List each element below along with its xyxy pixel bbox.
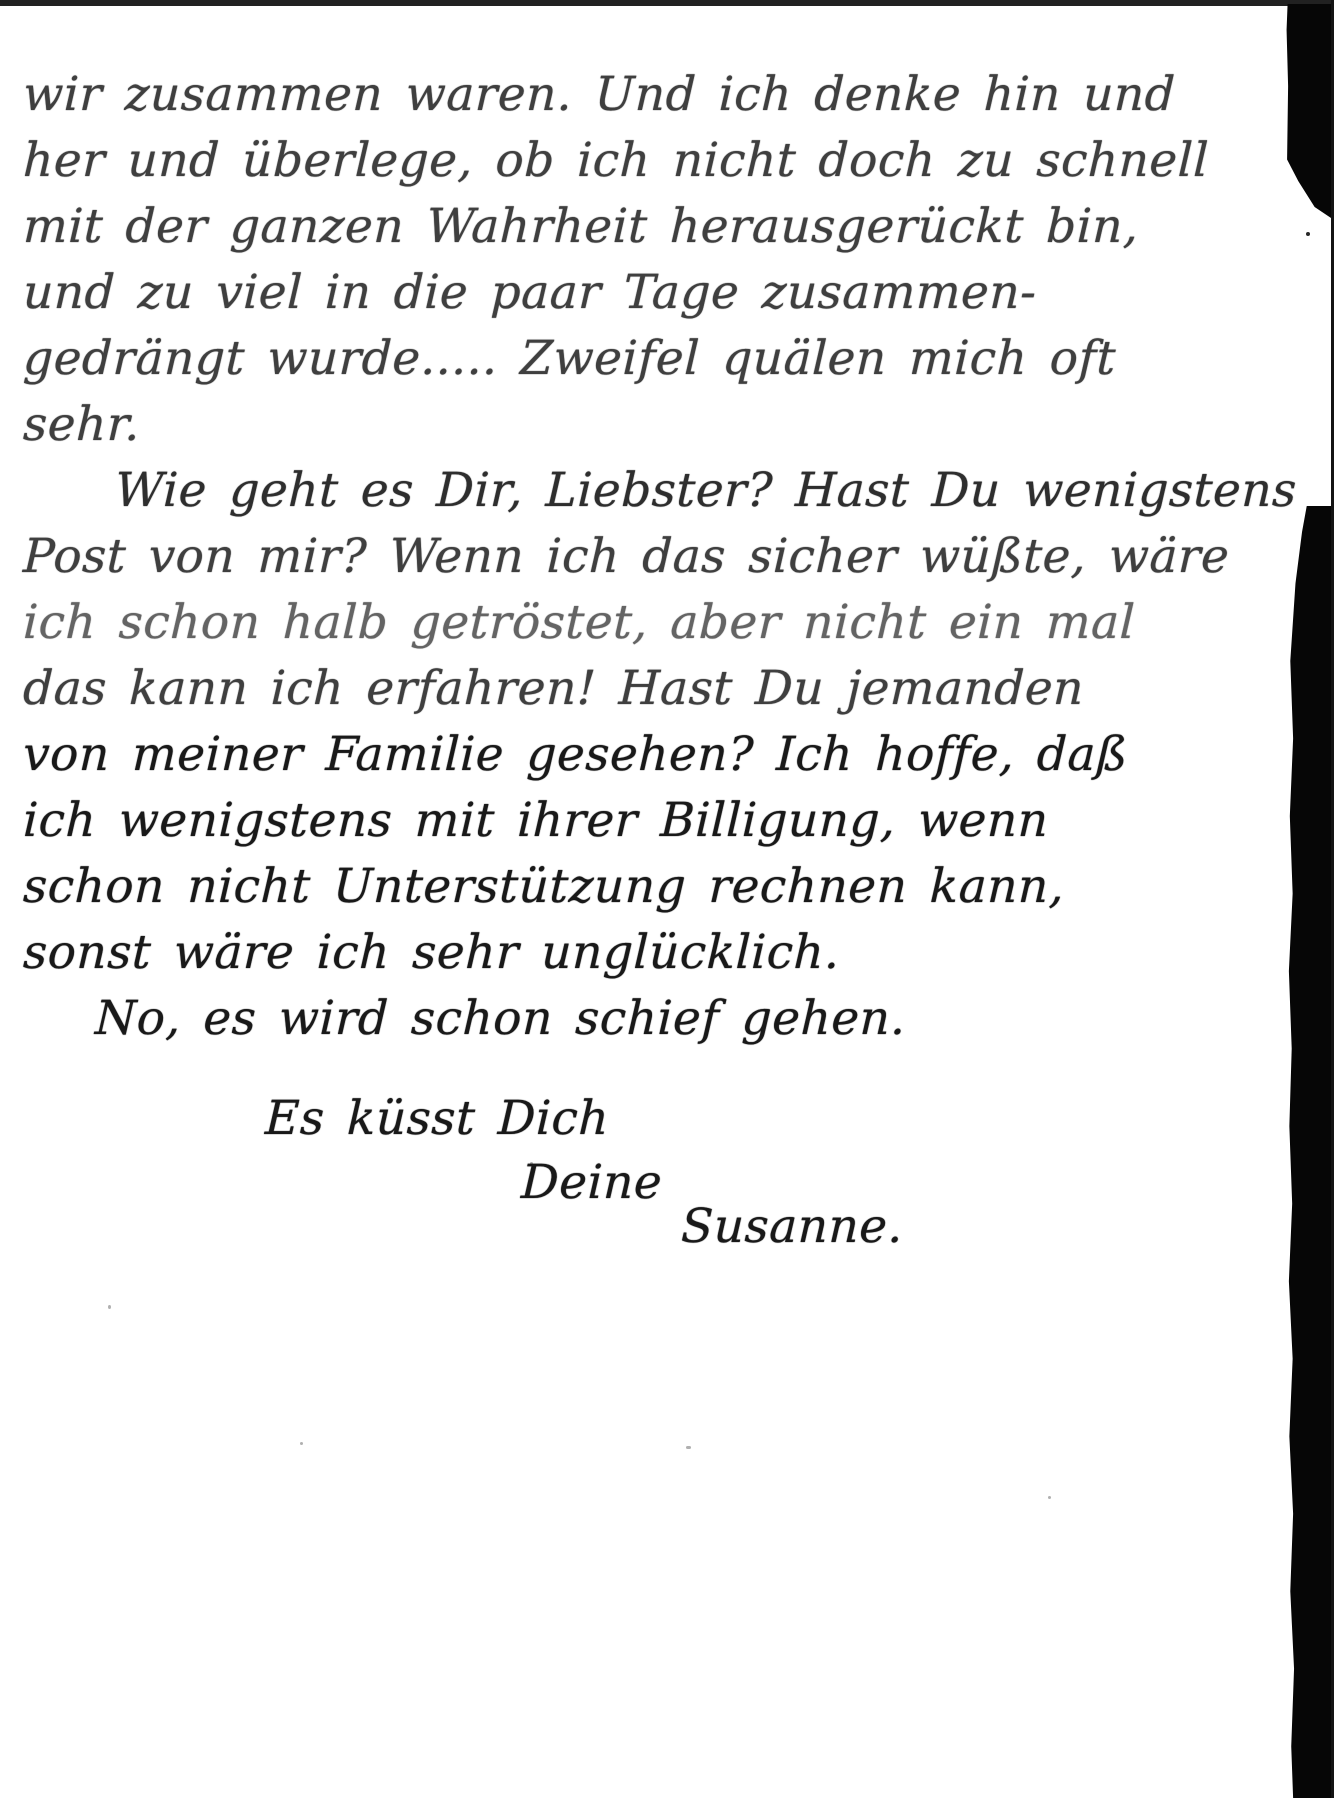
handwritten-line-11: von meiner Familie gesehen? Ich hoffe, d… — [22, 722, 1324, 788]
handwritten-line-8: Post von mir? Wenn ich das sicher wüßte,… — [22, 524, 1324, 590]
handwritten-line-5: gedrängt wurde..... Zweifel quälen mich … — [22, 326, 1324, 392]
handwritten-line-4: und zu viel in die paar Tage zusammen- — [22, 260, 1324, 326]
handwritten-line-10: das kann ich erfahren! Hast Du jemanden — [22, 656, 1324, 722]
scanned-letter-page: wir zusammen waren. Und ich denke hin un… — [0, 0, 1334, 1798]
scan-speck — [1048, 1496, 1051, 1499]
scan-speck — [108, 1305, 111, 1309]
handwritten-line-3: mit der ganzen Wahrheit herausgerückt bi… — [22, 194, 1324, 260]
handwritten-line-2: her und überlege, ob ich nicht doch zu s… — [22, 128, 1324, 194]
handwritten-line-13: schon nicht Unterstützung rechnen kann, — [22, 854, 1324, 920]
scan-speck — [686, 1446, 691, 1449]
handwritten-line-14: sonst wäre ich sehr unglücklich. — [22, 920, 1324, 986]
handwritten-line-12: ich wenigstens mit ihrer Billigung, wenn — [22, 788, 1324, 854]
scan-speck — [300, 1442, 303, 1445]
signature-name: Susanne. — [680, 1194, 1324, 1260]
handwritten-line-6: sehr. — [22, 392, 1324, 458]
handwritten-line-1: wir zusammen waren. Und ich denke hin un… — [22, 62, 1324, 128]
handwritten-line-15: No, es wird schon schief gehen. — [94, 986, 1324, 1052]
handwritten-line-9: ich schon halb getröstet, aber nicht ein… — [22, 590, 1324, 656]
closing-line: Es küsst Dich — [264, 1086, 1324, 1152]
letter-body: wir zusammen waren. Und ich denke hin un… — [22, 62, 1322, 1260]
scan-edge-top-bar — [0, 0, 1334, 6]
handwritten-line-7: Wie geht es Dir, Liebster? Hast Du wenig… — [114, 458, 1324, 524]
